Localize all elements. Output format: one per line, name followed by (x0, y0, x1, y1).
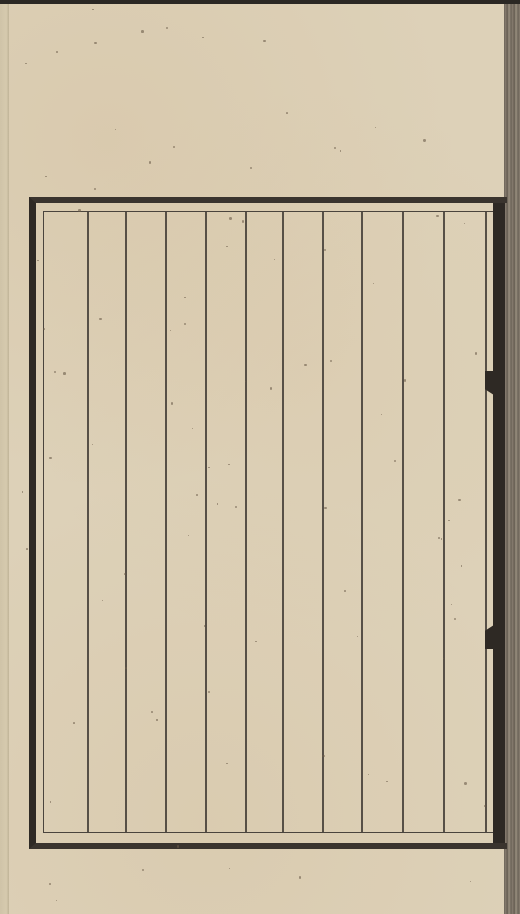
paper-speck (322, 755, 325, 758)
column-line (205, 212, 207, 832)
paper-speck (26, 548, 28, 550)
paper-speck (250, 167, 252, 169)
paper-speck (196, 494, 198, 496)
paper-speck (170, 330, 171, 331)
column-line (443, 212, 445, 832)
paper-speck (45, 176, 46, 177)
paper-speck (228, 464, 229, 465)
paper-speck (286, 112, 288, 114)
paper-speck (344, 590, 346, 592)
paper-speck (368, 774, 369, 775)
paper-speck (423, 139, 425, 141)
facing-page-edge (0, 4, 9, 914)
paper-speck (484, 805, 486, 807)
column-line (282, 212, 284, 832)
paper-speck (25, 63, 27, 65)
paper-speck (451, 604, 452, 605)
column-line (125, 212, 127, 832)
paper-speck (78, 209, 80, 211)
column-line (87, 212, 89, 832)
paper-speck (458, 499, 460, 501)
column-line (402, 212, 404, 832)
paper-speck (441, 538, 442, 539)
paper-speck (49, 883, 51, 885)
paper-speck (217, 503, 218, 504)
paper-speck (375, 127, 376, 128)
inner-border-frame (43, 211, 503, 833)
paper-speck (92, 9, 93, 10)
paper-speck (49, 457, 51, 459)
paper-speck (115, 129, 116, 130)
paper-speck (94, 42, 96, 44)
paper-speck (125, 667, 127, 669)
paper-speck (202, 37, 203, 38)
paper-speck (151, 711, 153, 713)
paper-speck (386, 781, 387, 782)
column-line (245, 212, 247, 832)
paper-speck (436, 215, 438, 217)
center-fold-band (493, 203, 505, 843)
paper-speck (255, 641, 257, 643)
paper-speck (99, 318, 101, 320)
paper-speck (177, 845, 179, 847)
paper-speck (438, 537, 440, 539)
paper-speck (156, 719, 157, 720)
paper-speck (56, 51, 58, 53)
column-line (485, 212, 487, 832)
paper-speck (404, 379, 407, 382)
paper-speck (149, 161, 151, 163)
paper-speck (73, 722, 75, 724)
column-line (322, 212, 324, 832)
paper-speck (141, 30, 144, 33)
paper-speck (475, 352, 478, 355)
paper-speck (63, 372, 66, 375)
column-line (165, 212, 167, 832)
column-line (361, 212, 363, 832)
